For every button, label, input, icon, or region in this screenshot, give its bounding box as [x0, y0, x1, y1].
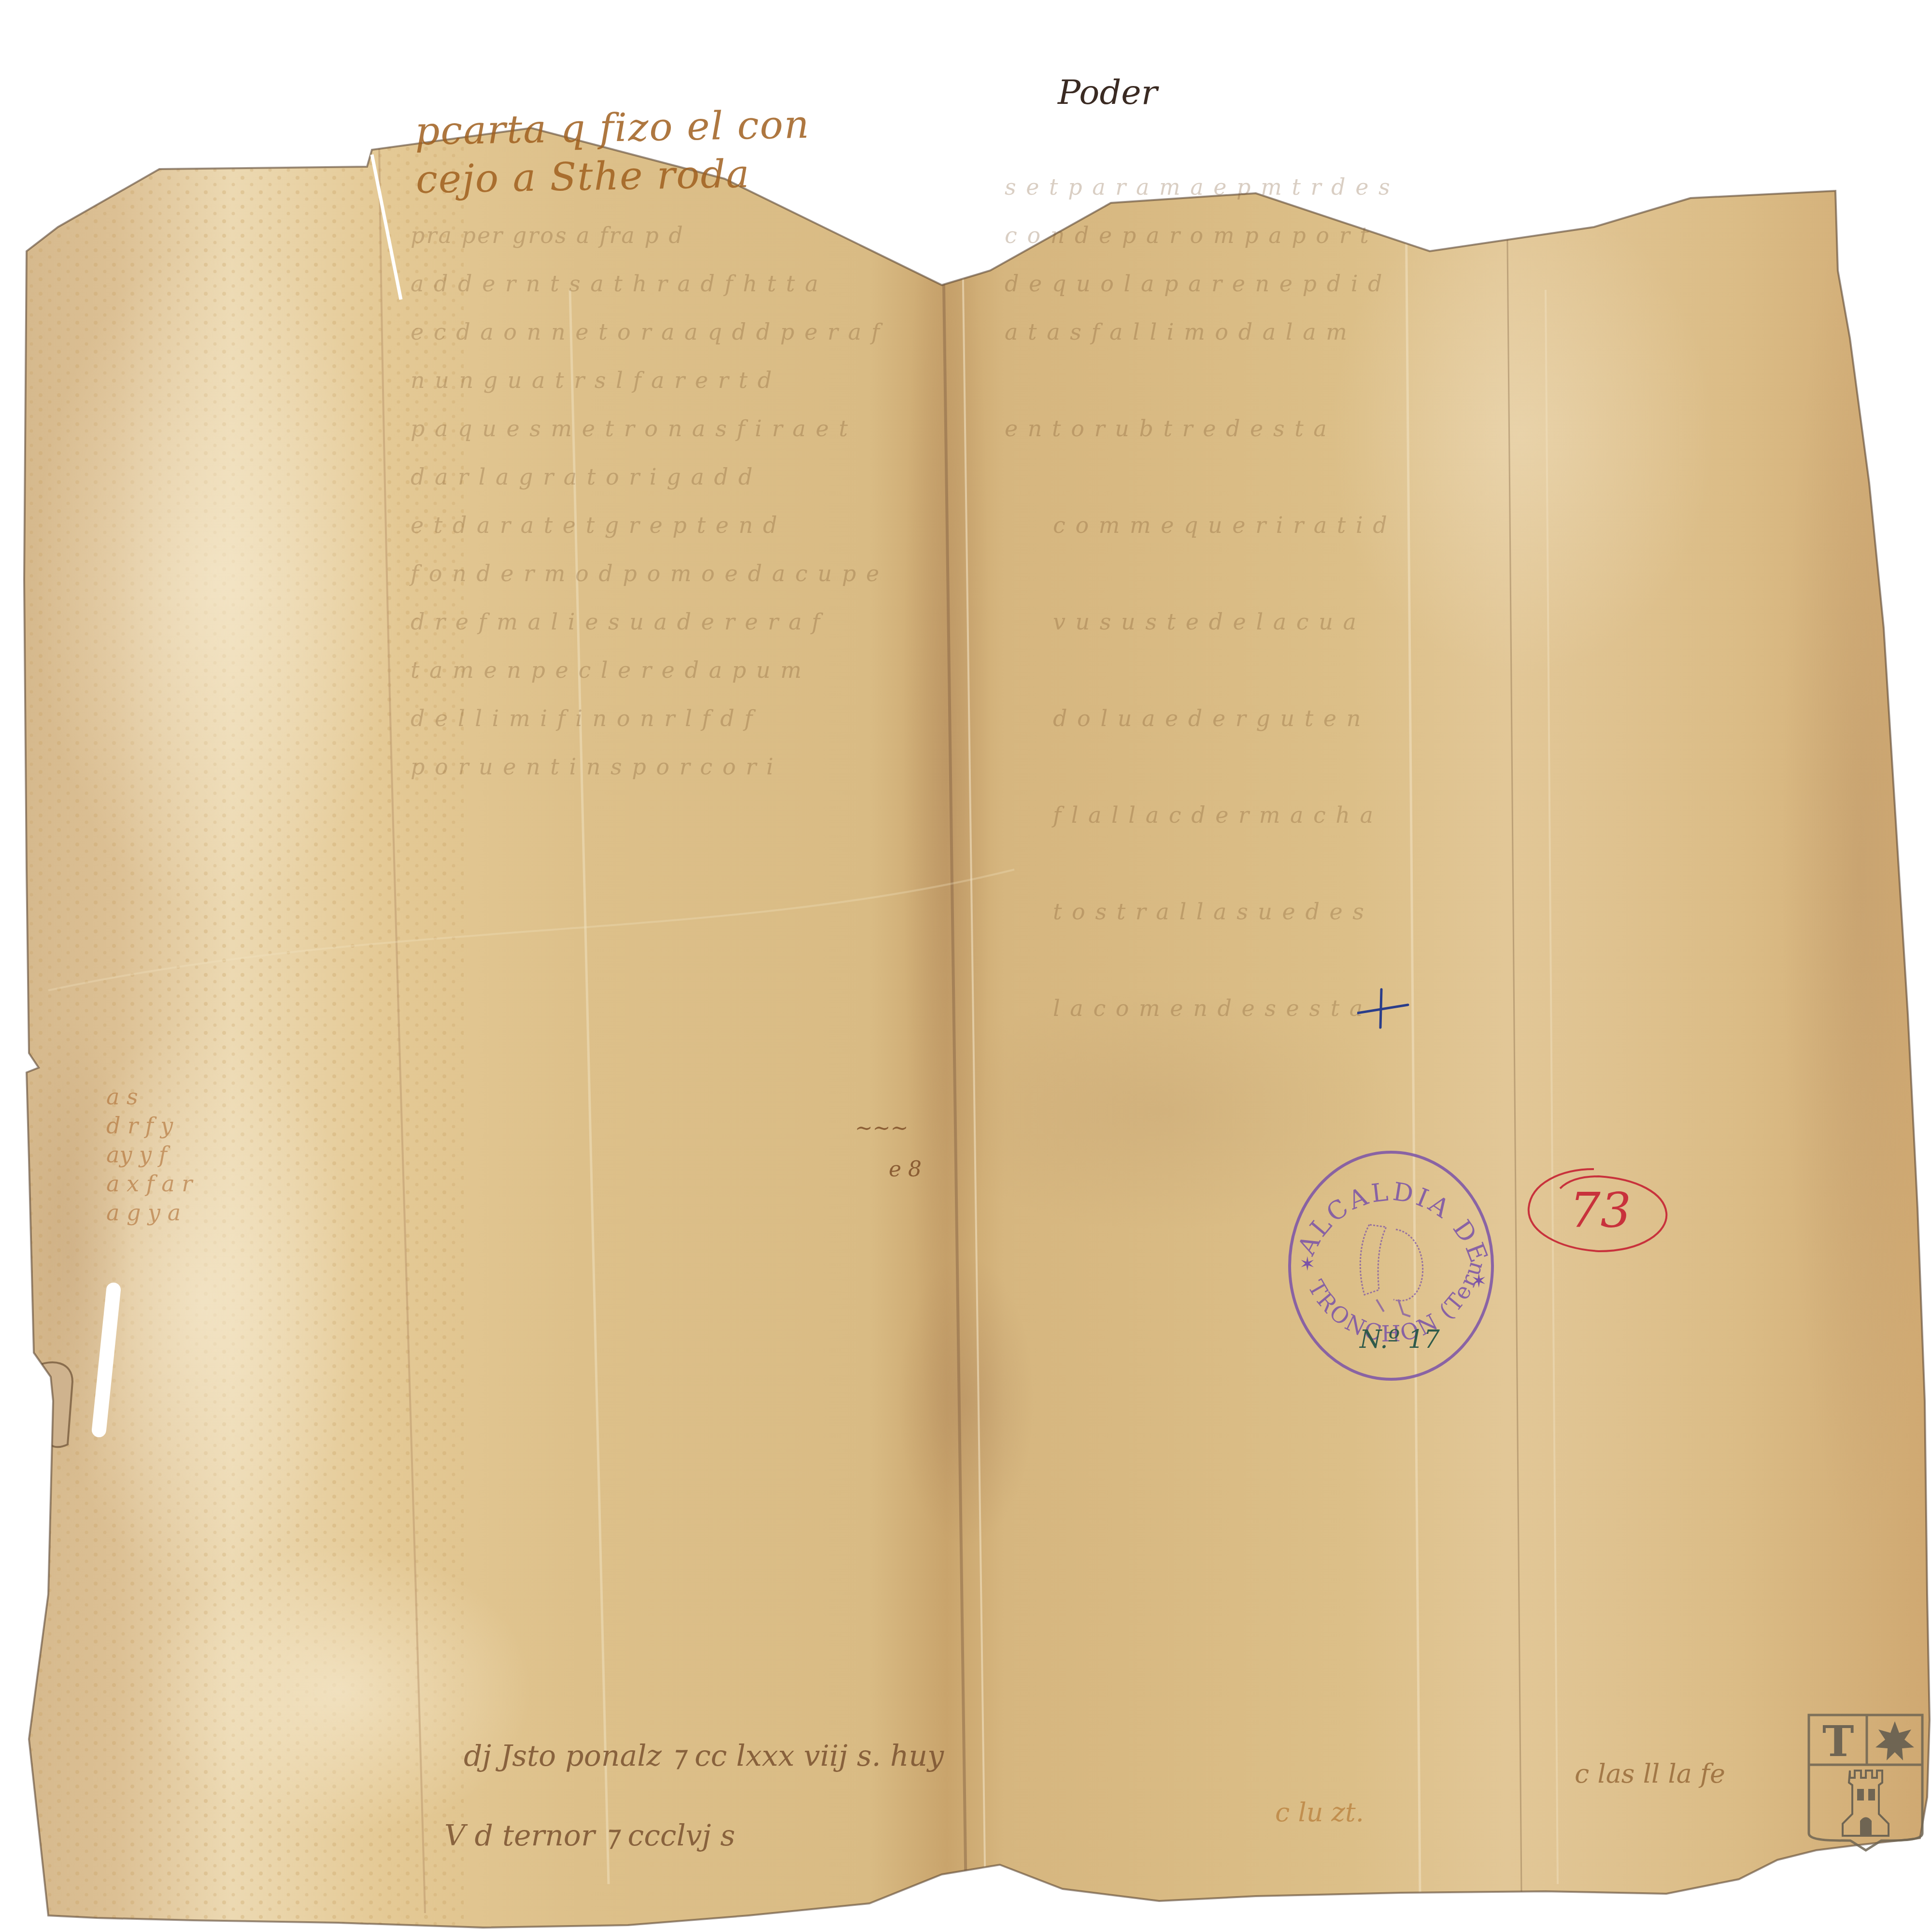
alcaldia-stamp: ALCALDIA DE TRONCHON (Teruel) ✶ ✶ N.º 17: [1280, 1145, 1502, 1386]
margin-line: ay y f: [106, 1140, 192, 1169]
faded-line: t a m e n p e c l e r e d a p u m: [411, 657, 803, 683]
margin-line: a g y a: [106, 1198, 192, 1227]
faded-line: f l a l l a c d e r m a c h a: [1053, 802, 1375, 828]
margin-line: a x f a r: [106, 1169, 192, 1198]
blue-cross-mark: [1357, 988, 1410, 1031]
faded-line: s e t p a r a m a e p m t r d e s: [1005, 174, 1392, 200]
faded-line: c o n d e p a r o m p a p o r t: [1005, 222, 1370, 248]
title-annotation: pcarta q fizo el con cejo a Sthe roda: [414, 100, 811, 204]
crest-star-icon: [1875, 1721, 1914, 1760]
faded-line: l a c o m e n d e s e s t a: [1053, 995, 1364, 1021]
bottom-note-right-2: c las ll la fe: [1575, 1758, 1725, 1789]
faded-line: t o s t r a l l a s u e d e s: [1053, 899, 1365, 925]
faded-line: d a r l a g r a t o r i g a d d: [411, 464, 754, 490]
faded-line: p a q u e s m e t r o n a s f i r a e t: [411, 415, 849, 442]
red-circled-number: 73: [1521, 1159, 1676, 1256]
faded-line: e n t o r u b t r e d e s t a: [1005, 415, 1328, 442]
stamp-star-icon: ✶: [1471, 1270, 1487, 1292]
title-annotation-line-2: cejo a Sthe roda: [415, 149, 811, 204]
title-annotation-line-1: pcarta q fizo el con: [414, 100, 810, 156]
tronchon-crest-watermark: T: [1804, 1708, 1927, 1853]
eagle-emblem-icon: [1360, 1225, 1422, 1316]
red-number-text: 73: [1570, 1182, 1631, 1239]
crest-tower-icon: [1843, 1771, 1889, 1836]
faded-line: d e q u o l a p a r e n e p d i d: [1005, 271, 1384, 297]
faded-line: e t d a r a t e t g r e p t e n d: [411, 512, 779, 538]
parchment-sheet: [0, 0, 1932, 1929]
faded-line: d r e f m a l i e s u a d e r e r a f: [411, 609, 822, 635]
faded-line: p o r u e n t i n s p o r c o r i: [411, 754, 775, 780]
faded-line: d e l l i m i f i n o n r l f d f: [411, 705, 754, 731]
faded-line: d o l u a e d e r g u t e n: [1053, 705, 1362, 731]
faded-line: a t a s f a l l i m o d a l a m: [1005, 319, 1349, 345]
stamp-top-text: ALCALDIA DE: [1292, 1177, 1494, 1269]
faded-line: n u n g u a t r s l f a r e r t d: [411, 367, 773, 393]
faded-line: f o n d e r m o d p o m o e d a c u p e: [411, 560, 881, 586]
faded-line: e c d a o n n e t o r a a q d d p e r a …: [411, 319, 881, 345]
document-scan: pcarta q fizo el con cejo a Sthe roda Po…: [0, 0, 1932, 1929]
stamp-number: N.º 17: [1359, 1325, 1440, 1354]
margin-line: a s: [106, 1082, 192, 1111]
bottom-note-right-1: c lu zt.: [1275, 1797, 1364, 1828]
poder-label: Poder: [1058, 72, 1157, 112]
bottom-note-line-2: V d ternor ⁊ ccclvj s: [444, 1819, 735, 1853]
faded-line: pra per gros a fra p d: [411, 222, 684, 248]
faded-line: c o m m e q u e r i r a t i d: [1053, 512, 1389, 538]
faded-line: v u s u s t e d e l a c u a: [1053, 609, 1358, 635]
bottom-note-line-1: dj Jsto ponalz ⁊ cc lxxx viij s. huy: [464, 1739, 944, 1773]
faded-line: a d d e r n t s a t h r a d f h t t a: [411, 271, 820, 297]
left-margin-text: a s d r f y ay y f a x f a r a g y a: [106, 1082, 192, 1227]
margin-line: d r f y: [106, 1111, 192, 1140]
marginal-mark: e 8: [889, 1157, 922, 1182]
marginal-mark: ~~~: [855, 1116, 909, 1141]
stamp-star-icon: ✶: [1299, 1253, 1316, 1275]
crest-t-icon: T: [1822, 1716, 1854, 1766]
